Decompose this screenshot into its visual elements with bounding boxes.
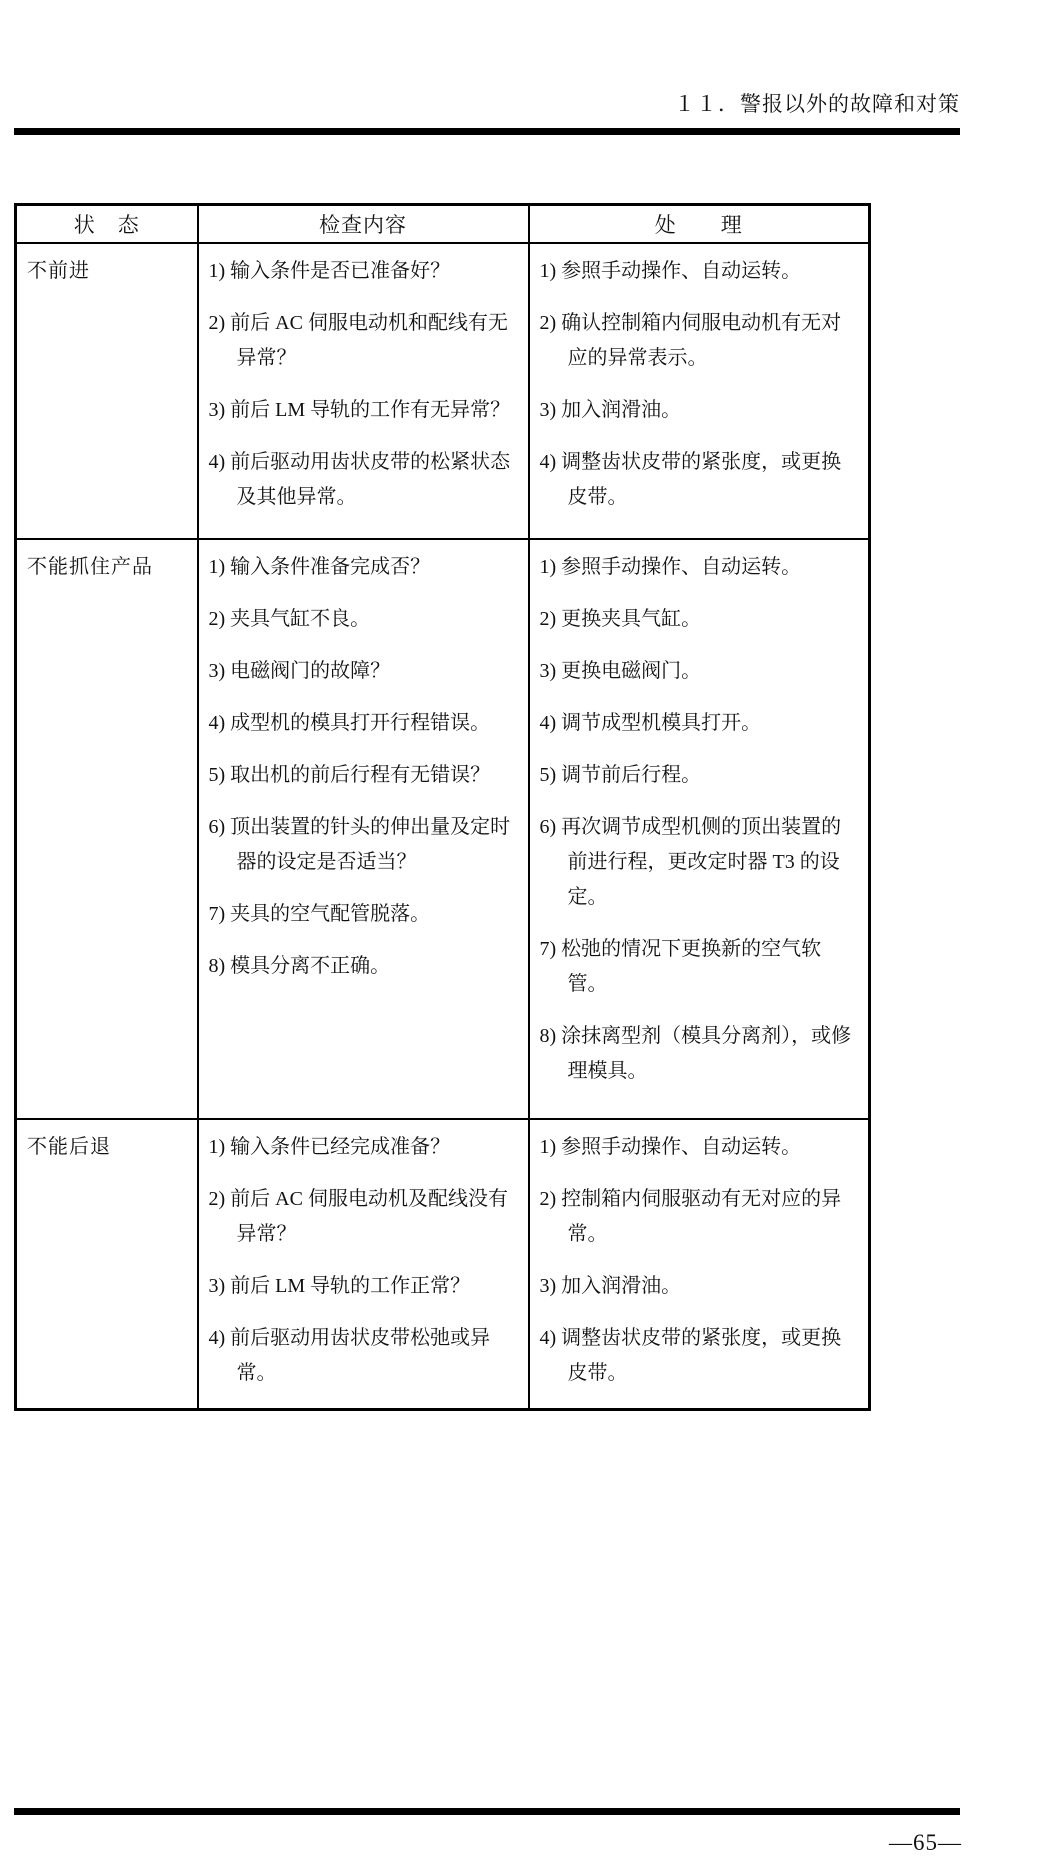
col-header-status: 状 态 [16, 205, 198, 244]
status-cell: 不能抓住产品 [16, 539, 198, 1119]
page-header-title: １１．警报以外的故障和对策 [674, 88, 960, 118]
check-item: 3) 电磁阀门的故障？ [209, 654, 520, 689]
action-item: 1) 参照手动操作、自动运转。 [540, 254, 861, 289]
table-row: 不能抓住产品1) 输入条件准备完成否？2) 夹具气缸不良。3) 电磁阀门的故障？… [16, 539, 870, 1119]
check-item: 8) 模具分离不正确。 [209, 949, 520, 984]
check-item: 4) 前后驱动用齿状皮带松弛或异常。 [209, 1321, 520, 1391]
table-header-row: 状 态 检查内容 处 理 [16, 205, 870, 244]
action-item: 4) 调整齿状皮带的紧张度，或更换皮带。 [540, 1321, 861, 1391]
action-item: 4) 调节成型机模具打开。 [540, 706, 861, 741]
action-item: 8) 涂抹离型剂（模具分离剂），或修理模具。 [540, 1019, 861, 1089]
check-item: 5) 取出机的前后行程有无错误？ [209, 758, 520, 793]
check-item: 1) 输入条件是否已准备好？ [209, 254, 520, 289]
check-item: 6) 顶出装置的针头的伸出量及定时器的设定是否适当？ [209, 810, 520, 880]
header-rule [14, 128, 960, 135]
action-item: 2) 确认控制箱内伺服电动机有无对应的异常表示。 [540, 306, 861, 376]
action-item: 1) 参照手动操作、自动运转。 [540, 1130, 861, 1165]
check-item: 2) 前后 AC 伺服电动机及配线没有异常？ [209, 1182, 520, 1252]
action-item: 7) 松弛的情况下更换新的空气软管。 [540, 932, 861, 1002]
status-cell: 不前进 [16, 243, 198, 539]
check-item: 4) 前后驱动用齿状皮带的松紧状态及其他异常。 [209, 445, 520, 515]
footer-rule [14, 1808, 960, 1815]
action-item: 6) 再次调节成型机侧的顶出装置的前进行程，更改定时器 T3 的设定。 [540, 810, 861, 915]
check-item: 1) 输入条件已经完成准备？ [209, 1130, 520, 1165]
document-page: １１．警报以外的故障和对策 状 态 检查内容 处 理 不前进1) 输入条件是否已… [0, 0, 1039, 1868]
action-item: 3) 加入润滑油。 [540, 1269, 861, 1304]
action-item: 5) 调节前后行程。 [540, 758, 861, 793]
page-number: —65— [889, 1830, 962, 1856]
action-item: 3) 更换电磁阀门。 [540, 654, 861, 689]
table-row: 不前进1) 输入条件是否已准备好？2) 前后 AC 伺服电动机和配线有无异常？3… [16, 243, 870, 539]
check-item: 2) 前后 AC 伺服电动机和配线有无异常？ [209, 306, 520, 376]
check-item: 7) 夹具的空气配管脱落。 [209, 897, 520, 932]
action-item: 2) 控制箱内伺服驱动有无对应的异常。 [540, 1182, 861, 1252]
action-item: 3) 加入润滑油。 [540, 393, 861, 428]
action-item: 4) 调整齿状皮带的紧张度，或更换皮带。 [540, 445, 861, 515]
check-cell: 1) 输入条件是否已准备好？2) 前后 AC 伺服电动机和配线有无异常？3) 前… [198, 243, 529, 539]
check-item: 2) 夹具气缸不良。 [209, 602, 520, 637]
check-item: 3) 前后 LM 导轨的工作正常？ [209, 1269, 520, 1304]
check-cell: 1) 输入条件准备完成否？2) 夹具气缸不良。3) 电磁阀门的故障？4) 成型机… [198, 539, 529, 1119]
action-item: 2) 更换夹具气缸。 [540, 602, 861, 637]
fault-table: 状 态 检查内容 处 理 不前进1) 输入条件是否已准备好？2) 前后 AC 伺… [14, 203, 871, 1411]
check-item: 1) 输入条件准备完成否？ [209, 550, 520, 585]
action-item: 1) 参照手动操作、自动运转。 [540, 550, 861, 585]
check-item: 3) 前后 LM 导轨的工作有无异常？ [209, 393, 520, 428]
col-header-action: 处 理 [529, 205, 870, 244]
col-header-check: 检查内容 [198, 205, 529, 244]
check-cell: 1) 输入条件已经完成准备？2) 前后 AC 伺服电动机及配线没有异常？3) 前… [198, 1119, 529, 1410]
table-row: 不能后退1) 输入条件已经完成准备？2) 前后 AC 伺服电动机及配线没有异常？… [16, 1119, 870, 1410]
status-cell: 不能后退 [16, 1119, 198, 1410]
check-item: 4) 成型机的模具打开行程错误。 [209, 706, 520, 741]
action-cell: 1) 参照手动操作、自动运转。2) 控制箱内伺服驱动有无对应的异常。3) 加入润… [529, 1119, 870, 1410]
action-cell: 1) 参照手动操作、自动运转。2) 确认控制箱内伺服电动机有无对应的异常表示。3… [529, 243, 870, 539]
action-cell: 1) 参照手动操作、自动运转。2) 更换夹具气缸。3) 更换电磁阀门。4) 调节… [529, 539, 870, 1119]
